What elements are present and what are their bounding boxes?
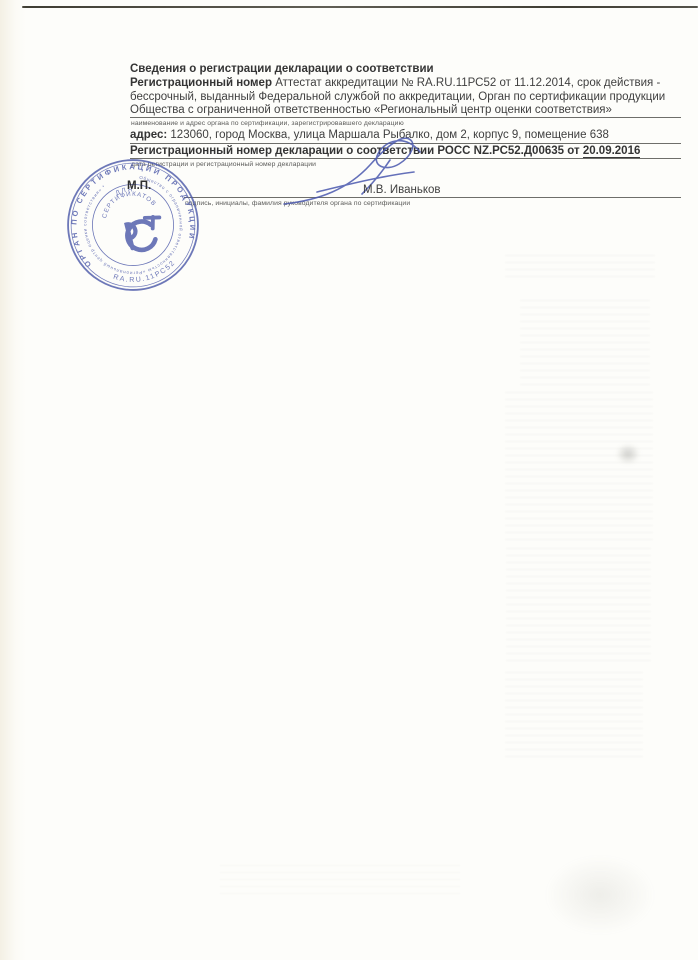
certification-body-caption: наименование и адрес органа по сертифика… [131, 120, 404, 127]
bleedthrough-artifact [505, 392, 653, 542]
scan-edge-line [22, 6, 698, 8]
registration-line-3: Общества с ограниченной ответственностью… [130, 104, 612, 118]
registration-line-2: бессрочный, выданный Федеральной службой… [130, 91, 665, 105]
address-label: адрес: [130, 129, 167, 141]
registration-line-1-text: Аттестат аккредитации № RA.RU.11РС52 от … [275, 77, 660, 89]
bleedthrough-artifact [505, 255, 655, 281]
scanned-document-page: Сведения о регистрации декларации о соот… [0, 0, 698, 960]
declaration-ot: от [567, 145, 579, 157]
bleedthrough-artifact [220, 865, 460, 897]
stamp-place-label: М.П. [127, 180, 151, 192]
divider-line-1 [130, 117, 681, 118]
scan-smudge [545, 855, 655, 935]
signature-ink [262, 130, 472, 215]
document-title: Сведения о регистрации декларации о соот… [130, 63, 434, 77]
scan-left-shadow [0, 0, 26, 960]
bleedthrough-artifact [506, 548, 651, 666]
signatory-name: М.В. Иваньков [363, 184, 441, 196]
registration-number-label: Регистрационный номер [130, 77, 272, 89]
registration-line-1: Регистрационный номер Аттестат аккредита… [130, 77, 660, 91]
rst-logo-icon [124, 214, 166, 252]
declaration-date: 20.09.2016 [583, 145, 641, 158]
certification-stamp: ОРГАН ПО СЕРТИФИКАЦИИ ПРОДУКЦИИ RA.RU.11… [62, 154, 204, 296]
scan-smudge [615, 443, 641, 465]
bleedthrough-artifact [505, 672, 643, 762]
bleedthrough-artifact [520, 300, 650, 388]
